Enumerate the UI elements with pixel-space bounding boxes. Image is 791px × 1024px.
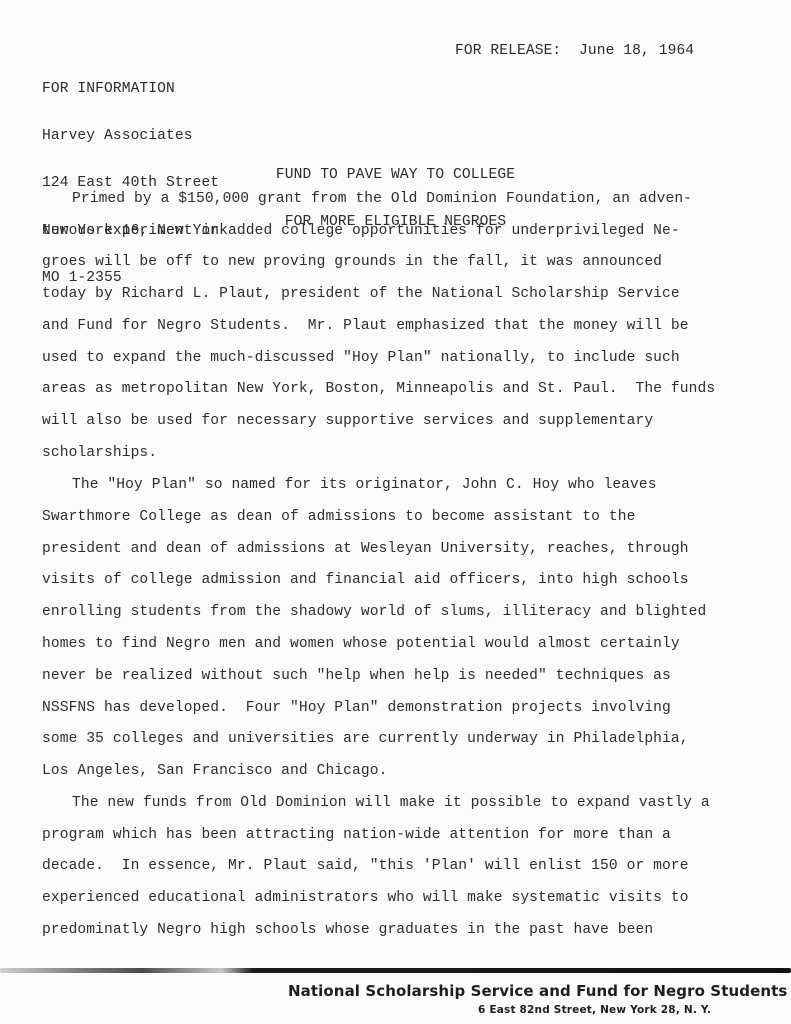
body-text-line: some 35 colleges and universities are cu…: [42, 730, 689, 748]
release-date: June 18, 1964: [579, 43, 694, 59]
body-text-line: homes to find Negro men and women whose …: [42, 635, 680, 653]
body-text-line: Primed by a $150,000 grant from the Old …: [72, 190, 692, 208]
body-text-line: predominatly Negro high schools whose gr…: [42, 921, 653, 939]
release-date-block: FOR RELEASE: June 18, 1964: [455, 43, 694, 59]
body-text-line: areas as metropolitan New York, Boston, …: [42, 380, 715, 398]
release-label: FOR RELEASE:: [455, 43, 561, 59]
body-text-line: never be realized without such "help whe…: [42, 667, 671, 685]
body-text-line: Swarthmore College as dean of admissions…: [42, 508, 635, 526]
footer-divider: [0, 968, 791, 973]
footer-organization: National Scholarship Service and Fund fo…: [288, 982, 787, 1000]
body-text-line: experienced educational administrators w…: [42, 889, 689, 907]
body-text-line: used to expand the much-discussed "Hoy P…: [42, 349, 680, 367]
body-text-line: turous experiment in added college oppor…: [42, 222, 680, 240]
body-text-line: NSSFNS has developed. Four "Hoy Plan" de…: [42, 699, 671, 717]
headline-line-1: FUND TO PAVE WAY TO COLLEGE: [0, 168, 791, 184]
footer-address: 6 East 82nd Street, New York 28, N. Y.: [478, 1004, 711, 1016]
body-text-line: will also be used for necessary supporti…: [42, 412, 653, 430]
body-text-line: enrolling students from the shadowy worl…: [42, 603, 706, 621]
body-text-line: Los Angeles, San Francisco and Chicago.: [42, 762, 387, 780]
body-text-line: visits of college admission and financia…: [42, 571, 689, 589]
body-text-line: groes will be off to new proving grounds…: [42, 253, 662, 271]
body-text-line: scholarships.: [42, 444, 157, 462]
body-text-line: today by Richard L. Plaut, president of …: [42, 285, 680, 303]
body-text-line: president and dean of admissions at Wesl…: [42, 540, 689, 558]
body-text-line: and Fund for Negro Students. Mr. Plaut e…: [42, 317, 689, 335]
body-text-line: decade. In essence, Mr. Plaut said, "thi…: [42, 857, 689, 875]
body-text-line: The "Hoy Plan" so named for its originat…: [72, 476, 657, 494]
body-text-line: The new funds from Old Dominion will mak…: [72, 794, 710, 812]
body-text-line: program which has been attracting nation…: [42, 826, 671, 844]
contact-line-heading: FOR INFORMATION: [42, 82, 228, 98]
